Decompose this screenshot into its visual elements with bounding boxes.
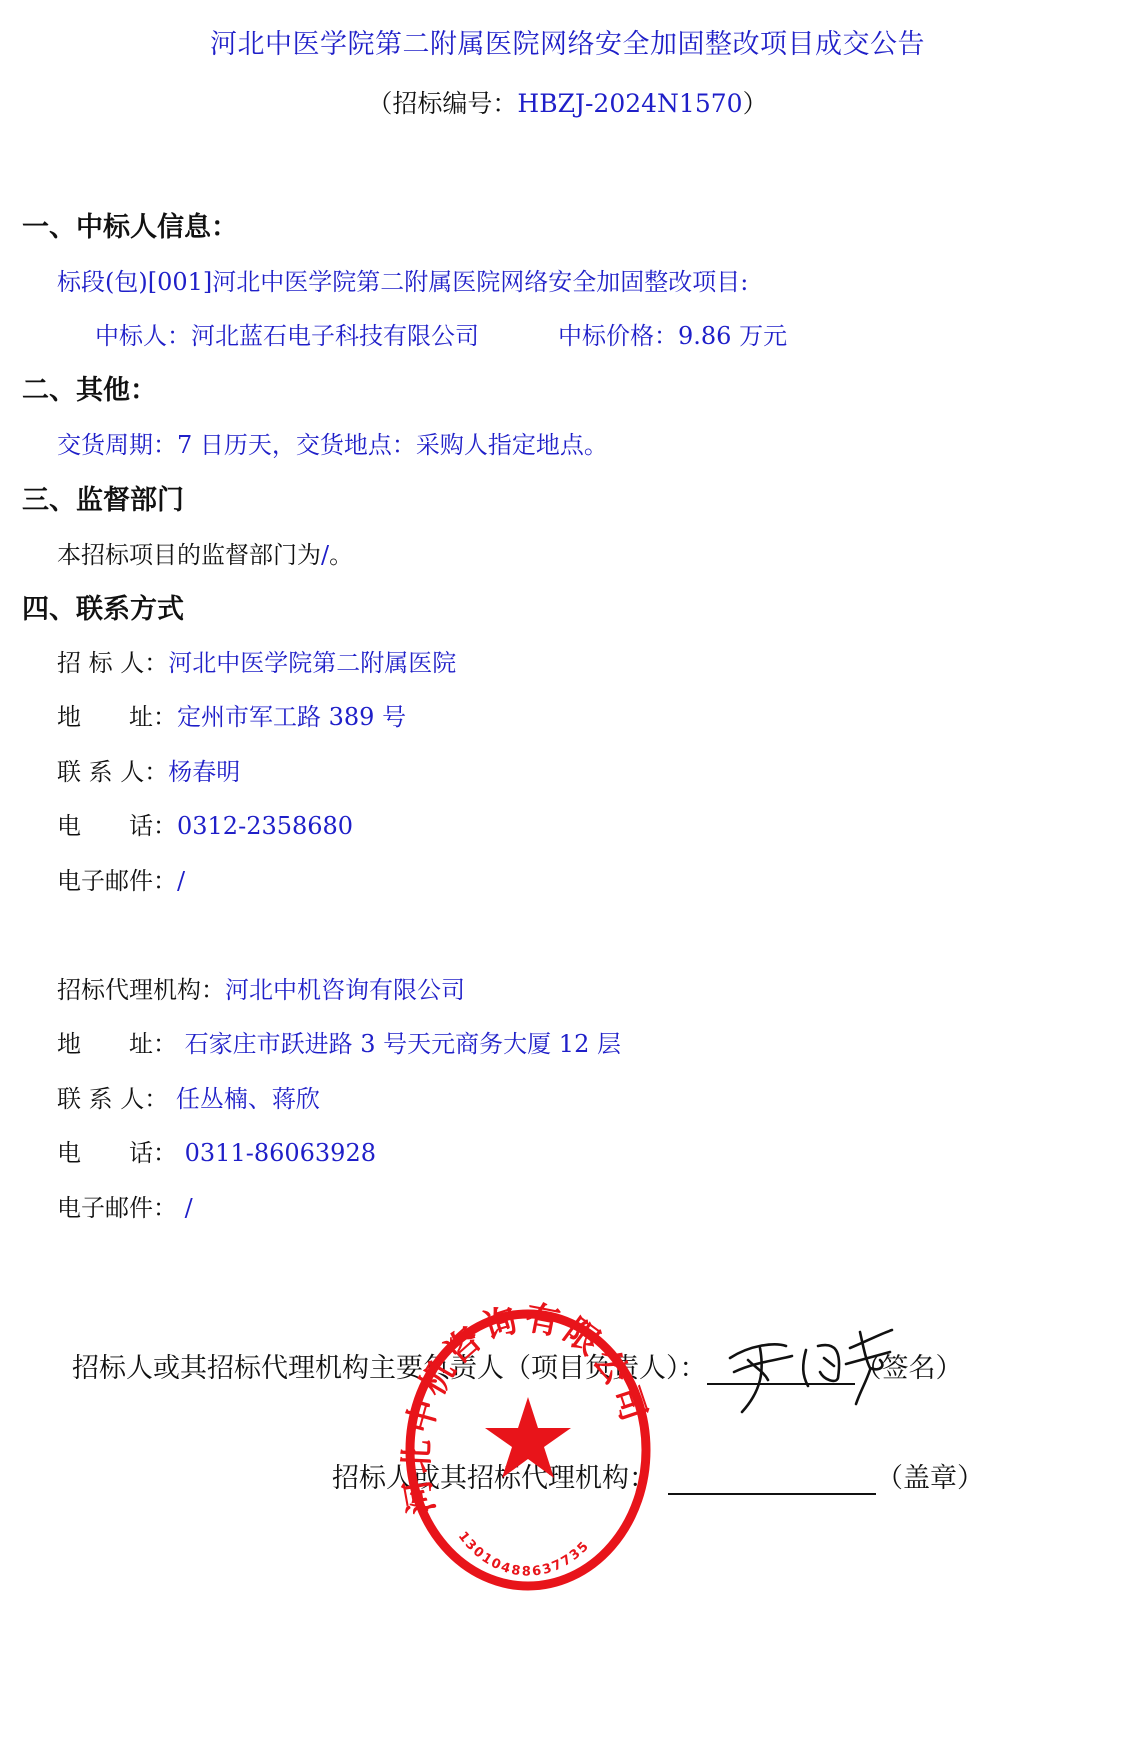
document-title: 河北中医学院第二附属医院网络安全加固整改项目成交公告: [0, 22, 1135, 61]
agency-email-row: 电子邮件： /: [57, 1188, 193, 1223]
winner-value: 河北蓝石电子科技有限公司: [191, 322, 479, 350]
field-label: 地 址：: [57, 703, 177, 731]
agency-contact-row: 联 系 人： 任丛楠、蒋欣: [57, 1079, 320, 1114]
field-value: 0312-2358680: [177, 812, 353, 840]
handwritten-signature: [720, 1320, 900, 1430]
bid-number-line: （招标编号：HBZJ-2024N1570）: [0, 84, 1135, 120]
field-label: 招标代理机构：: [57, 976, 225, 1004]
field-value: 0311-86063928: [185, 1139, 376, 1167]
winner-line: 中标人：河北蓝石电子科技有限公司: [95, 316, 479, 351]
field-label: 招 标 人：: [57, 649, 168, 677]
supervision-value: /: [321, 541, 329, 569]
field-value: /: [185, 1194, 193, 1222]
tenderer-contact-row: 联 系 人：杨春明: [57, 752, 240, 787]
bid-number-suffix: ）: [743, 89, 768, 118]
tenderer-email-row: 电子邮件：/: [57, 861, 185, 896]
seal-blank: [668, 1469, 876, 1495]
field-value: 河北中医学院第二附属医院: [168, 649, 456, 677]
price-line: 中标价格：9.86 万元: [558, 316, 787, 351]
tenderer-phone-row: 电 话：0312-2358680: [57, 806, 353, 841]
lot-description: 标段(包)[001]河北中医学院第二附属医院网络安全加固整改项目:: [57, 262, 748, 297]
field-value: 任丛楠、蒋欣: [176, 1085, 320, 1113]
section-heading-winner: 一、中标人信息：: [22, 205, 238, 244]
field-value: 石家庄市跃进路 3 号天元商务大厦 12 层: [185, 1030, 621, 1058]
field-label: 联 系 人：: [57, 758, 168, 786]
delivery-text: 交货周期：7 日历天，交货地点：采购人指定地点。: [57, 425, 608, 460]
field-value: /: [177, 867, 185, 895]
field-label: 电 话：: [57, 1139, 177, 1167]
supervision-text: 本招标项目的监督部门为/。: [57, 535, 353, 570]
section-heading-other: 二、其他：: [22, 368, 157, 407]
field-value: 杨春明: [168, 758, 240, 786]
field-label: 联 系 人：: [57, 1085, 168, 1113]
field-label: 地 址：: [57, 1030, 177, 1058]
agency-address-row: 地 址： 石家庄市跃进路 3 号天元商务大厦 12 层: [57, 1024, 621, 1059]
tenderer-address-row: 地 址：定州市军工路 389 号: [57, 697, 406, 732]
agency-phone-row: 电 话： 0311-86063928: [57, 1133, 376, 1168]
section-heading-contact: 四、联系方式: [22, 587, 184, 626]
price-value: 9.86 万元: [678, 322, 787, 350]
section-heading-supervision: 三、监督部门: [22, 478, 184, 517]
bid-number-prefix: （招标编号：: [367, 89, 517, 118]
company-seal-stamp: 河北中机咨询有限公司 13010488637735: [392, 1300, 664, 1592]
tenderer-name-row: 招 标 人：河北中医学院第二附属医院: [57, 643, 456, 678]
supervision-suffix: 。: [329, 541, 353, 569]
bid-number: HBZJ-2024N1570: [517, 89, 742, 118]
field-label: 电子邮件：: [57, 867, 177, 895]
winner-label: 中标人：: [95, 322, 191, 350]
field-label: 电 话：: [57, 812, 177, 840]
agency-name-row: 招标代理机构：河北中机咨询有限公司: [57, 970, 465, 1005]
seal-suffix: （盖章）: [876, 1463, 984, 1494]
field-label: 电子邮件：: [57, 1194, 177, 1222]
field-value: 河北中机咨询有限公司: [225, 976, 465, 1004]
price-label: 中标价格：: [558, 322, 678, 350]
stamp-star-icon: [485, 1397, 571, 1478]
field-value: 定州市军工路 389 号: [177, 703, 406, 731]
supervision-prefix: 本招标项目的监督部门为: [57, 541, 321, 569]
